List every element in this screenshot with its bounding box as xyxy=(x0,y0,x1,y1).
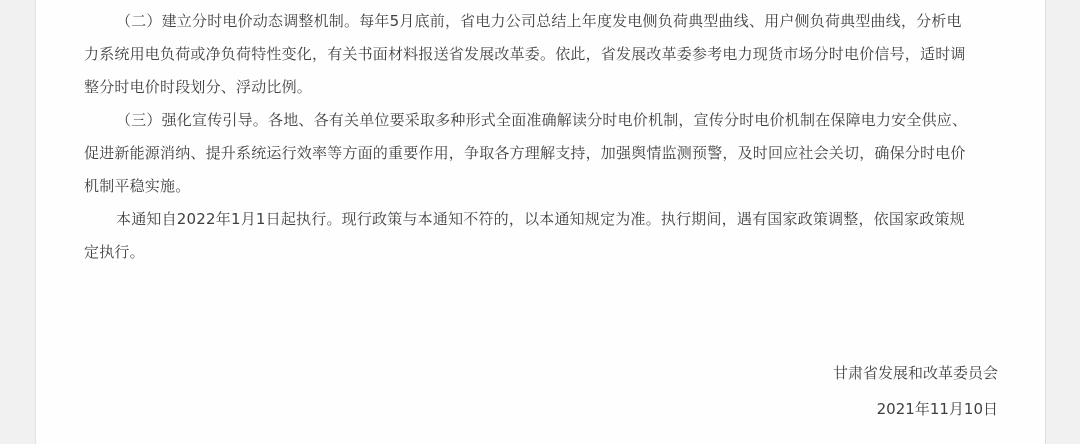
paragraph-publicity: （三）强化宣传引导。各地、各有关单位要采取多种形式全面准确解读分时电价机制，宣传… xyxy=(84,104,1004,203)
text-line: 本通知自2022年1月1日起执行。现行政策与本通知不符的，以本通知规定为准。执行… xyxy=(84,203,1004,236)
signature-date: 2021年11月10日 xyxy=(877,398,998,419)
document-page: （二）建立分时电价动态调整机制。每年5月底前，省电力公司总结上年度发电侧负荷典型… xyxy=(35,0,1046,444)
paragraph-effective-date: 本通知自2022年1月1日起执行。现行政策与本通知不符的，以本通知规定为准。执行… xyxy=(84,203,1004,269)
signature-organization: 甘肃省发展和改革委员会 xyxy=(833,362,998,383)
text-line: 定执行。 xyxy=(84,236,1004,269)
text-line: 力系统用电负荷或净负荷特性变化，有关书面材料报送省发展改革委。依此，省发展改革委… xyxy=(84,38,1004,71)
text-line: （三）强化宣传引导。各地、各有关单位要采取多种形式全面准确解读分时电价机制，宣传… xyxy=(84,104,1004,137)
document-body: （二）建立分时电价动态调整机制。每年5月底前，省电力公司总结上年度发电侧负荷典型… xyxy=(84,5,1004,269)
text-line: 整分时电价时段划分、浮动比例。 xyxy=(84,71,1004,104)
text-line: 促进新能源消纳、提升系统运行效率等方面的重要作用，争取各方理解支持，加强舆情监测… xyxy=(84,137,1004,170)
text-line: 机制平稳实施。 xyxy=(84,170,1004,203)
text-line: （二）建立分时电价动态调整机制。每年5月底前，省电力公司总结上年度发电侧负荷典型… xyxy=(84,5,1004,38)
paragraph-dynamic-adjustment: （二）建立分时电价动态调整机制。每年5月底前，省电力公司总结上年度发电侧负荷典型… xyxy=(84,5,1004,104)
